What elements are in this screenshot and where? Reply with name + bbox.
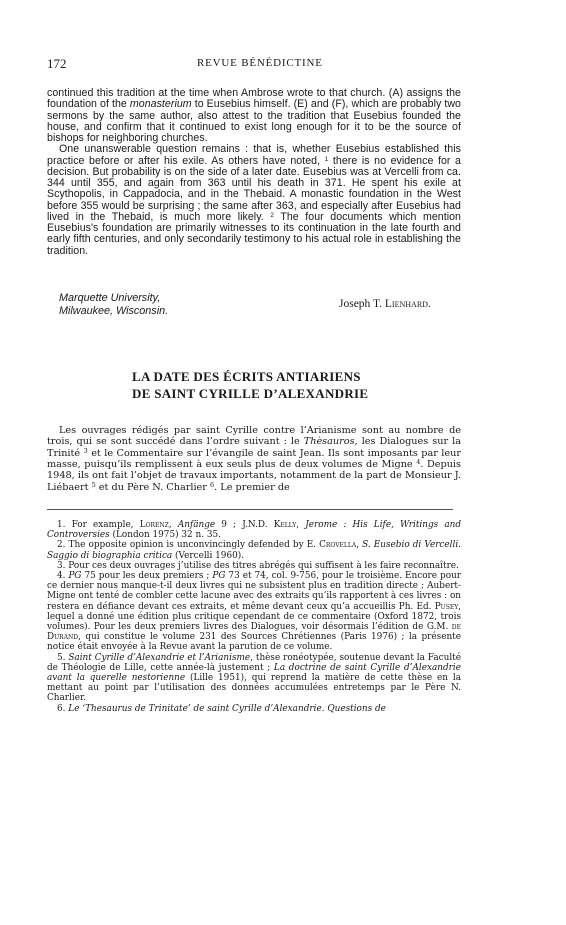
journal-title: REVUE BÉNÉDICTINE <box>197 57 323 69</box>
footnote-1: 1. For example, Lorenz, Anfänge 9 ; J.N.… <box>47 520 461 540</box>
article-body: Les ouvrages rédigés par saint Cyrille c… <box>47 425 461 493</box>
emphasis: monasterium <box>130 98 192 110</box>
paragraph: One unanswerable question remains : that… <box>47 144 461 257</box>
running-header: 172 REVUE BÉNÉDICTINE <box>47 56 461 72</box>
page-number: 172 <box>47 56 67 72</box>
footnote-2: 2. The opposite opinion is unconvincingl… <box>47 540 461 560</box>
footnotes: 1. For example, Lorenz, Anfänge 9 ; J.N.… <box>47 520 461 714</box>
footnote-6: 6. Le ‘Thesaurus de Trinitate’ de saint … <box>47 704 461 714</box>
signature-block: Marquette University, Milwaukee, Wiscons… <box>47 292 461 322</box>
paragraph: Les ouvrages rédigés par saint Cyrille c… <box>47 425 461 493</box>
paragraph: continued this tradition at the time whe… <box>47 88 461 144</box>
author-affiliation: Marquette University, Milwaukee, Wiscons… <box>59 292 168 317</box>
footnote-3: 3. Pour ces deux ouvrages j’utilise des … <box>47 561 461 571</box>
article-title: LA DATE DES ÉCRITS ANTIARIENS DE SAINT C… <box>47 369 461 402</box>
author-name: Joseph T. Lienhard. <box>339 298 431 311</box>
previous-article-body: continued this tradition at the time whe… <box>47 88 461 257</box>
footnote-divider <box>47 509 453 510</box>
footnote-4: 4. PG 75 pour les deux premiers ; PG 73 … <box>47 571 461 653</box>
footnote-5: 5. Saint Cyrille d’Alexandrie et l’Arian… <box>47 653 461 704</box>
